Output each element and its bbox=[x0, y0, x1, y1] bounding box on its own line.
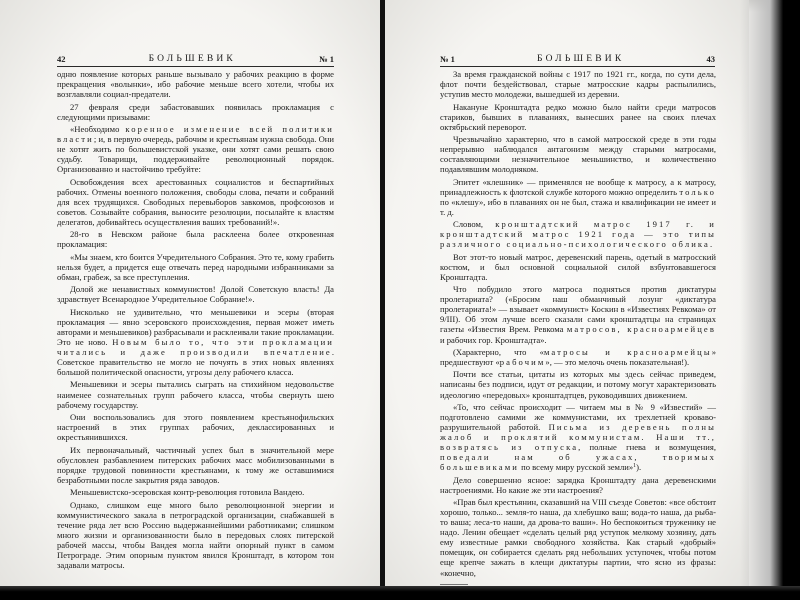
right-running-head: № 1 БОЛЬШЕВИК 43 bbox=[440, 50, 715, 67]
paragraph: Меньшевистско-эсеровская контр-революция… bbox=[57, 487, 334, 497]
paragraph: Словом, кронштадтский матрос 1917 г. и к… bbox=[440, 219, 716, 249]
scan-bottom-edge bbox=[0, 586, 800, 600]
paragraph: Их первоначальный, частичный успех был в… bbox=[57, 445, 334, 485]
paragraph: Они воспользовались для этого появлением… bbox=[57, 412, 334, 442]
paragraph: Что побудило этого матроса подняться про… bbox=[440, 284, 716, 344]
right-page-number: 43 bbox=[706, 54, 715, 64]
paragraph: Дело совершенно ясное: зарядка Кронштадт… bbox=[440, 475, 716, 495]
left-running-head: 42 БОЛЬШЕВИК № 1 bbox=[57, 50, 334, 67]
paragraph: 28-го в Невском районе была расклеена бо… bbox=[57, 229, 334, 249]
paragraph: Однако, слишком еще много было революцио… bbox=[57, 500, 334, 570]
paragraph: Вот этот-то новый матрос, деревенский па… bbox=[440, 252, 716, 282]
paragraph: «То, что сейчас происходит — читаем мы в… bbox=[440, 402, 716, 472]
spaced-emphasis: рабочим bbox=[500, 357, 546, 367]
right-body-text: За время гражданской войны с 1917 по 192… bbox=[440, 69, 716, 600]
right-journal-title: БОЛЬШЕВИК bbox=[537, 54, 624, 64]
paragraph: «Необходимо коренное изменение всей поли… bbox=[57, 124, 334, 174]
footnote-divider bbox=[440, 584, 468, 585]
left-page: 42 БОЛЬШЕВИК № 1 одню появление которых … bbox=[0, 0, 382, 588]
paragraph: «Мы знаем, кто боится Учредительного Соб… bbox=[57, 252, 334, 282]
left-body-text: одню появление которых раньше вызывало у… bbox=[57, 69, 334, 572]
paragraph: Эпитет «клешник» — применялся не вообще … bbox=[440, 177, 716, 217]
spaced-emphasis: только bbox=[679, 187, 716, 197]
paragraph: Меньшевики и эсеры пытались сыграть на с… bbox=[57, 379, 334, 409]
paragraph: Накануне Кронштадта редко можно было най… bbox=[440, 102, 716, 132]
paragraph: одню появление которых раньше вызывало у… bbox=[57, 69, 334, 99]
left-page-number: 42 bbox=[57, 54, 66, 64]
left-issue-number: № 1 bbox=[319, 54, 334, 64]
left-journal-title: БОЛЬШЕВИК bbox=[149, 54, 236, 64]
scan-right-edge bbox=[740, 0, 800, 588]
paragraph: Нисколько не удивительно, что меньшевики… bbox=[57, 307, 334, 377]
spaced-emphasis: матросы и красноармейцы bbox=[544, 347, 712, 357]
paragraph: За время гражданской войны с 1917 по 192… bbox=[440, 69, 716, 99]
book-spread: 42 БОЛЬШЕВИК № 1 одню появление которых … bbox=[0, 0, 800, 588]
paragraph: «Прав был крестьянин, сказавший на VIII … bbox=[440, 497, 716, 577]
paragraph: Освобождения всех арестованных социалист… bbox=[57, 177, 334, 227]
paragraph: 27 февраля среди забастовавших появилась… bbox=[57, 102, 334, 122]
paragraph: Долой же ненавистных коммунистов! Долой … bbox=[57, 284, 334, 304]
paragraph: (Характерно, что «матросы и красноармейц… bbox=[440, 347, 716, 367]
spaced-emphasis: матросов, красноармейцев bbox=[567, 324, 716, 334]
right-page: № 1 БОЛЬШЕВИК 43 За время гражданской во… bbox=[385, 0, 749, 588]
right-issue-number: № 1 bbox=[440, 54, 455, 64]
paragraph: Почти все статьи, цитаты из которых мы з… bbox=[440, 369, 716, 399]
paragraph: Чрезвычайно характерно, что в самой матр… bbox=[440, 134, 716, 174]
